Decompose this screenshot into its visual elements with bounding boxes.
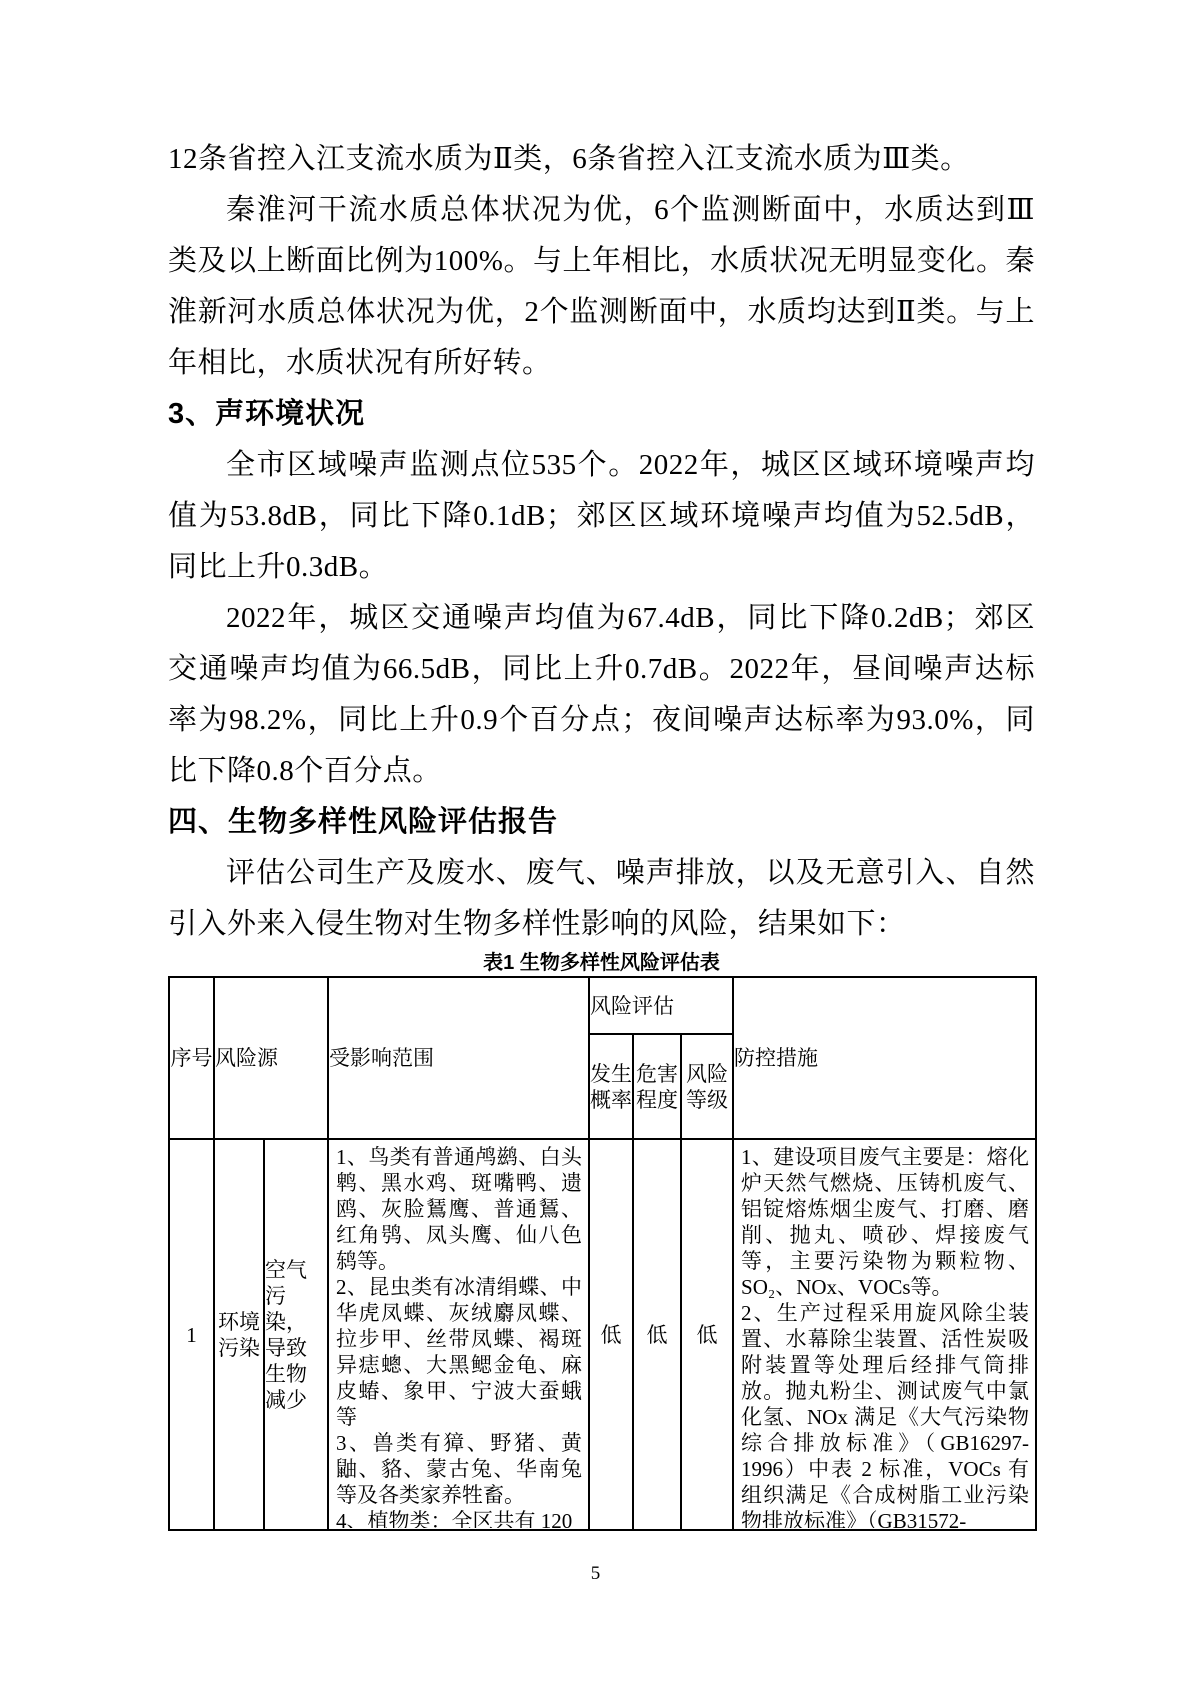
- cell-affected-scope: 1、鸟类有普通鸬鹚、白头鹎、黑水鸡、斑嘴鸭、遗鸥、灰脸鵟鹰、普通鵟、红角鸮、凤头…: [328, 1139, 589, 1530]
- affected-scope-text: 1、鸟类有普通鸬鹚、白头鹎、黑水鸡、斑嘴鸭、遗鸥、灰脸鵟鹰、普通鵟、红角鸮、凤头…: [329, 1141, 588, 1528]
- document-page: 12条省控入江支流水质为Ⅱ类，6条省控入江支流水质为Ⅲ类。 秦淮河干流水质总体状…: [0, 0, 1191, 1684]
- column-header-harm: 危害程度: [633, 1034, 681, 1139]
- cell-probability: 低: [589, 1139, 633, 1530]
- paragraph-qinhuai-river-quality: 秦淮河干流水质总体状况为优，6个监测断面中，水质达到Ⅲ类及以上断面比例为100%…: [168, 185, 1035, 389]
- biodiversity-risk-table: 序号 风险源 受影响范围 风险评估 防控措施 发生概率 危害程度 风险等级 1 …: [168, 976, 1037, 1531]
- column-header-level: 风险等级: [681, 1034, 733, 1139]
- heading-noise-environment: 3、声环境状况: [168, 389, 1035, 440]
- cell-risk-source: 环境污染: [214, 1139, 264, 1530]
- heading-biodiversity-risk-report: 四、生物多样性风险评估报告: [168, 797, 1035, 848]
- table-title: 表1 生物多样性风险评估表: [168, 951, 1035, 976]
- measures-text: 1、建设项目废气主要是：熔化炉天然气燃烧、压铸机废气、铝锭熔炼烟尘废气、打磨、磨…: [734, 1141, 1035, 1528]
- cell-row-index: 1: [169, 1139, 214, 1530]
- column-header-risk-assessment: 风险评估: [589, 977, 733, 1034]
- paragraph-tributary-water-quality: 12条省控入江支流水质为Ⅱ类，6条省控入江支流水质为Ⅲ类。: [168, 134, 1035, 185]
- paragraph-regional-noise: 全市区域噪声监测点位535个。2022年，城区区域环境噪声均值为53.8dB，同…: [168, 440, 1035, 593]
- table-row: 1 环境污染 空气污染，导致生物减少 1、鸟类有普通鸬鹚、白头鹎、黑水鸡、斑嘴鸭…: [169, 1139, 1036, 1530]
- column-header-probability: 发生概率: [589, 1034, 633, 1139]
- page-number: 5: [0, 1563, 1191, 1585]
- cell-level: 低: [681, 1139, 733, 1530]
- paragraph-traffic-noise: 2022年，城区交通噪声均值为67.4dB，同比下降0.2dB；郊区交通噪声均值…: [168, 593, 1035, 797]
- column-header-affected-scope: 受影响范围: [328, 977, 589, 1139]
- cell-measures: 1、建设项目废气主要是：熔化炉天然气燃烧、压铸机废气、铝锭熔炼烟尘废气、打磨、磨…: [733, 1139, 1036, 1530]
- cell-harm: 低: [633, 1139, 681, 1530]
- cell-risk-source-detail: 空气污染，导致生物减少: [264, 1139, 328, 1530]
- column-header-risk-source: 风险源: [214, 977, 328, 1139]
- document-content: 12条省控入江支流水质为Ⅱ类，6条省控入江支流水质为Ⅲ类。 秦淮河干流水质总体状…: [168, 134, 1035, 1531]
- column-header-index: 序号: [169, 977, 214, 1139]
- paragraph-assessment-intro: 评估公司生产及废水、废气、噪声排放，以及无意引入、自然引入外来入侵生物对生物多样…: [168, 848, 1035, 950]
- column-header-measures: 防控措施: [733, 977, 1036, 1139]
